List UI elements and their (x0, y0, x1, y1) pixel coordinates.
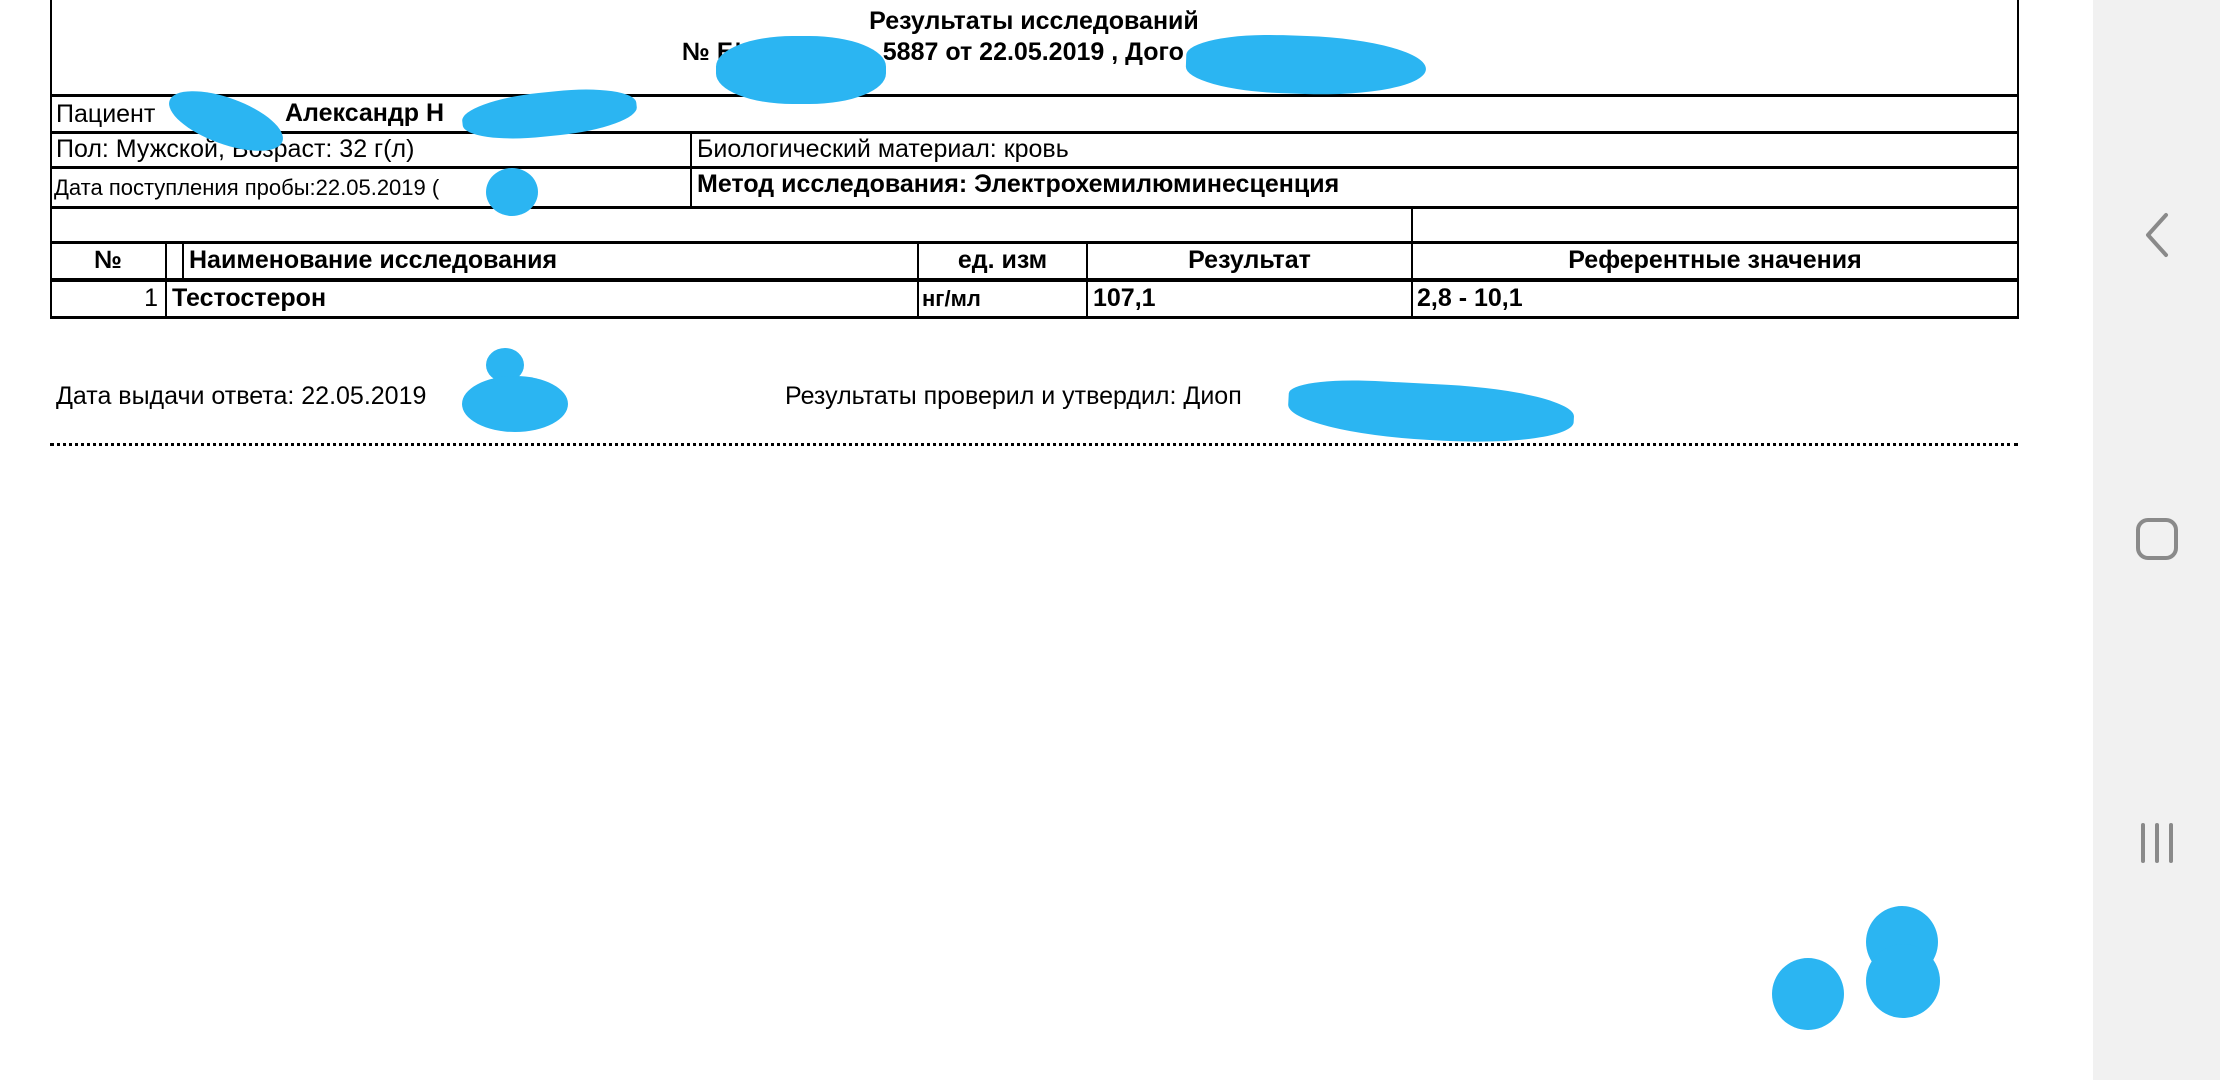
patient-name: Александр Н (285, 101, 444, 126)
back-button[interactable] (2093, 190, 2220, 280)
redaction-doc-number (716, 36, 886, 104)
dotted-separator (50, 443, 2018, 446)
th-unit: ед. изм (918, 248, 1087, 273)
hline-5 (50, 241, 2019, 244)
android-navbar (2093, 0, 2220, 1080)
doc-number-rest: 5887 от 22.05.2019 , Дого (883, 38, 1184, 66)
td-name: Тестостерон (172, 286, 326, 311)
hline-4 (50, 206, 2019, 209)
td-reference: 2,8 - 10,1 (1417, 286, 1523, 311)
td-num: 1 (50, 286, 158, 311)
sample-date-text: Дата поступления пробы:22.05.2019 ( (54, 175, 439, 200)
home-rounded-rect-icon (2133, 515, 2181, 563)
recents-button[interactable] (2093, 798, 2220, 888)
redaction-issue-time-2 (462, 376, 568, 432)
redaction-dot-3 (1866, 944, 1940, 1018)
redaction-sample-time (486, 168, 538, 216)
th-reference: Референтные значения (1412, 248, 2018, 273)
redaction-contract (1185, 32, 1427, 98)
hline-1 (50, 94, 2019, 97)
sample-date: Дата поступления пробы:22.05.2019 () (54, 177, 507, 199)
hline-3 (50, 166, 2019, 169)
redaction-verifier (1287, 377, 1576, 448)
hline-2 (50, 131, 2019, 134)
verified-by: Результаты проверил и утвердил: Диоп (785, 384, 1242, 409)
redaction-dot-1 (1772, 958, 1844, 1030)
document-title: Результаты исследований (0, 9, 2068, 34)
patient-label: Пациент (56, 102, 155, 127)
back-chevron-icon (2142, 211, 2172, 259)
document-page: Результаты исследований № БИ5887 от 22.0… (0, 0, 2093, 1080)
th-num: № (50, 248, 166, 273)
bio-material: Биологический материал: кровь (697, 137, 1069, 162)
td-unit: нг/мл (922, 288, 981, 310)
vline-num2 (182, 242, 184, 280)
issue-date: Дата выдачи ответа: 22.05.2019 (56, 384, 426, 409)
method: Метод исследования: Электрохемилюминесце… (697, 172, 1339, 197)
th-result: Результат (1087, 248, 1412, 273)
recents-bars-icon (2133, 819, 2181, 867)
redaction-patient-name (460, 83, 639, 145)
th-name: Наименование исследования (189, 248, 557, 273)
vline-info (690, 132, 692, 208)
td-result: 107,1 (1093, 286, 1156, 311)
home-button[interactable] (2093, 494, 2220, 584)
hline-7 (50, 316, 2019, 319)
hline-6 (50, 278, 2019, 282)
